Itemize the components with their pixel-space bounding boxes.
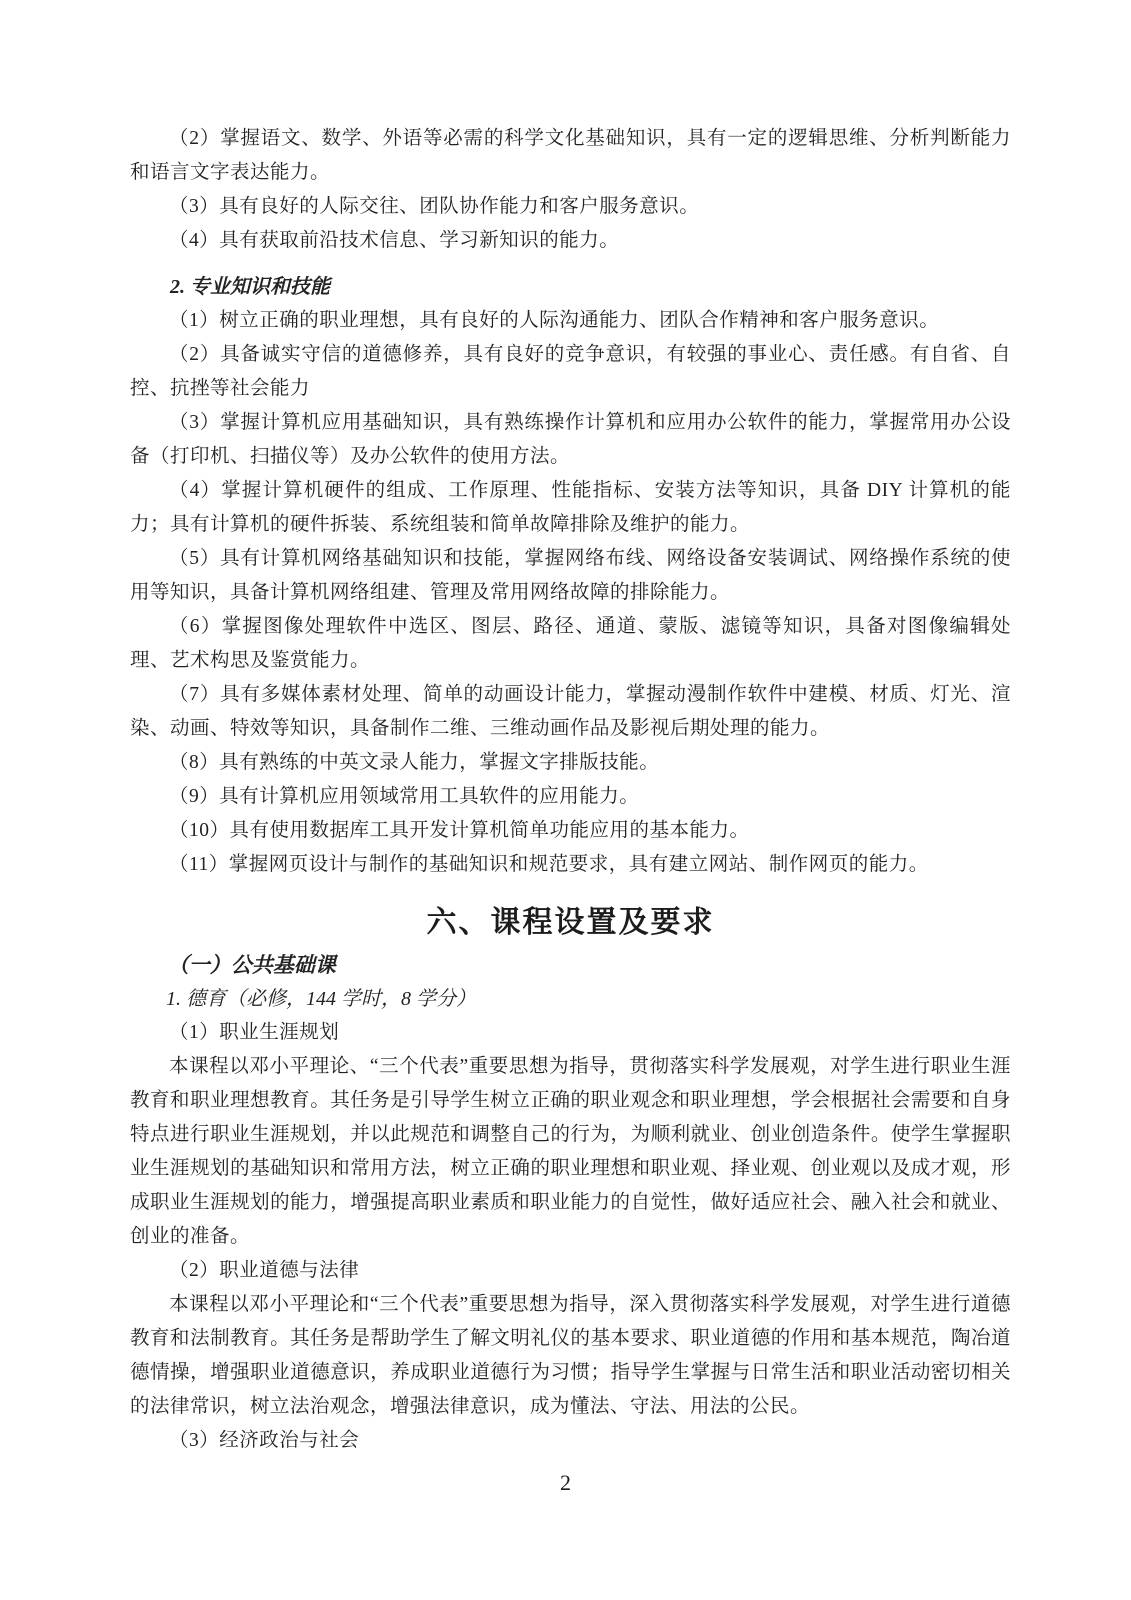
document-page: （2）掌握语文、数学、外语等必需的科学文化基础知识，具有一定的逻辑思维、分析判断… <box>0 0 1131 1600</box>
page-number: 2 <box>0 1468 1131 1498</box>
sub-heading-professional-skills: 2. 专业知识和技能 <box>130 270 1011 304</box>
paragraph-item-3-general: （3）具有良好的人际交往、团队协作能力和客户服务意识。 <box>130 190 1011 224</box>
paragraph-skill-2: （2）具备诚实守信的道德修养，具有良好的竞争意识，有较强的事业心、责任感。有自省… <box>130 338 1011 406</box>
paragraph-item-4-general: （4）具有获取前沿技术信息、学习新知识的能力。 <box>130 224 1011 258</box>
paragraph-skill-1: （1）树立正确的职业理想，具有良好的人际沟通能力、团队合作精神和客户服务意识。 <box>130 304 1011 338</box>
paragraph-career-planning-title: （1）职业生涯规划 <box>130 1016 1011 1050</box>
paragraph-skill-3: （3）掌握计算机应用基础知识，具有熟练操作计算机和应用办公软件的能力，掌握常用办… <box>130 406 1011 474</box>
paragraph-economy-politics-title: （3）经济政治与社会 <box>130 1424 1011 1458</box>
chapter-heading-course-setup: 六、课程设置及要求 <box>130 902 1011 944</box>
paragraph-skill-11: （11）掌握网页设计与制作的基础知识和规范要求，具有建立网站、制作网页的能力。 <box>130 848 1011 882</box>
paragraph-skill-8: （8）具有熟练的中英文录人能力，掌握文字排版技能。 <box>130 746 1011 780</box>
paragraph-skill-6: （6）掌握图像处理软件中选区、图层、路径、通道、蒙版、滤镜等知识，具备对图像编辑… <box>130 610 1011 678</box>
paragraph-skill-10: （10）具有使用数据库工具开发计算机简单功能应用的基本能力。 <box>130 814 1011 848</box>
paragraph-ethics-law-title: （2）职业道德与法律 <box>130 1254 1011 1288</box>
paragraph-skill-7: （7）具有多媒体素材处理、简单的动画设计能力，掌握动漫制作软件中建模、材质、灯光… <box>130 678 1011 746</box>
paragraph-skill-4: （4）掌握计算机硬件的组成、工作原理、性能指标、安装方法等知识，具备 DIY 计… <box>130 474 1011 542</box>
paragraph-skill-5: （5）具有计算机网络基础知识和技能，掌握网络布线、网络设备安装调试、网络操作系统… <box>130 542 1011 610</box>
document-body: （2）掌握语文、数学、外语等必需的科学文化基础知识，具有一定的逻辑思维、分析判断… <box>130 122 1011 1458</box>
course-line-moral-education: 1. 德育（必修，144 学时，8 学分） <box>130 982 1011 1016</box>
paragraph-ethics-law-body: 本课程以邓小平理论和“三个代表”重要思想为指导，深入贯彻落实科学发展观，对学生进… <box>130 1288 1011 1424</box>
paragraph-career-planning-body: 本课程以邓小平理论、“三个代表”重要思想为指导，贯彻落实科学发展观，对学生进行职… <box>130 1050 1011 1254</box>
section-heading-public-basic-courses: （一）公共基础课 <box>130 948 1011 982</box>
paragraph-skill-9: （9）具有计算机应用领域常用工具软件的应用能力。 <box>130 780 1011 814</box>
paragraph-item-2-general: （2）掌握语文、数学、外语等必需的科学文化基础知识，具有一定的逻辑思维、分析判断… <box>130 122 1011 190</box>
